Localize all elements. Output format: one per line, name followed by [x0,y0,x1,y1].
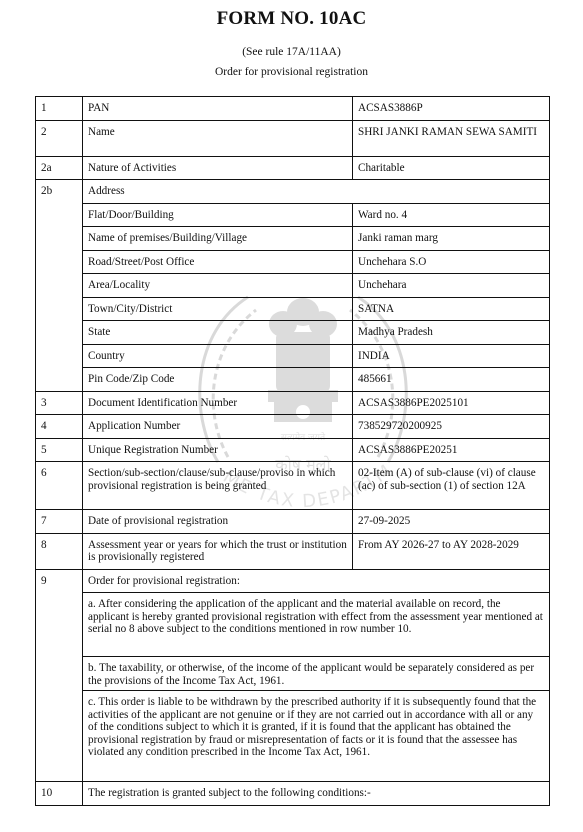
address-row: Country INDIA [36,344,550,368]
urn-value: ACSAS3886PE20251 [353,438,550,462]
table-row-din: 3 Document Identification Number ACSAS38… [36,391,550,415]
table-row-urn: 5 Unique Registration Number ACSAS3886PE… [36,438,550,462]
row-number: 5 [36,438,83,462]
table-row-section: 6 Section/sub-section/clause/sub-clause/… [36,462,550,510]
order-paragraph-row: a. After considering the application of … [36,593,550,657]
registration-details-table: 1 PAN ACSAS3886P 2 Name SHRI JANKI RAMAN… [35,96,550,806]
order-paragraph-b: b. The taxability, or otherwise, of the … [83,657,550,691]
address-row: Area/Locality Unchehara [36,274,550,298]
assessment-years-value: From AY 2026-27 to AY 2028-2029 [353,533,550,569]
row-number: 2b [36,180,83,392]
order-heading: Order for provisional registration [0,66,583,78]
address-value: Madhya Pradesh [353,321,550,345]
application-number-value: 738529720200925 [353,415,550,439]
field-label: Application Number [83,415,353,439]
address-value: SATNA [353,297,550,321]
address-value: 485661 [353,368,550,392]
table-row-address: 2b Address [36,180,550,204]
table-row-order: 9 Order for provisional registration: [36,569,550,593]
address-label: Area/Locality [83,274,353,298]
form-title: FORM NO. 10AC [0,8,583,30]
address-value: Ward no. 4 [353,203,550,227]
address-row: Name of premises/Building/Village Janki … [36,227,550,251]
address-row: State Madhya Pradesh [36,321,550,345]
field-label: Order for provisional registration: [83,569,550,593]
field-label: Assessment year or years for which the t… [83,533,353,569]
section-value: 02-Item (A) of sub-clause (vi) of clause… [353,462,550,510]
order-paragraph-c: c. This order is liable to be withdrawn … [83,691,550,782]
din-value: ACSAS3886PE2025101 [353,391,550,415]
order-paragraph-row: b. The taxability, or otherwise, of the … [36,657,550,691]
order-paragraph-row: c. This order is liable to be withdrawn … [36,691,550,782]
row-number: 2 [36,120,83,156]
table-row-name: 2 Name SHRI JANKI RAMAN SEWA SAMITI [36,120,550,156]
address-value: INDIA [353,344,550,368]
row-number: 10 [36,782,83,806]
address-value: Unchehara [353,274,550,298]
address-label: Town/City/District [83,297,353,321]
registration-date-value: 27-09-2025 [353,510,550,534]
field-label: Name [83,120,353,156]
table-row-nature: 2a Nature of Activities Charitable [36,156,550,180]
pan-value: ACSAS3886P [353,97,550,121]
table-row-date: 7 Date of provisional registration 27-09… [36,510,550,534]
address-row: Flat/Door/Building Ward no. 4 [36,203,550,227]
row-number: 4 [36,415,83,439]
field-label: Nature of Activities [83,156,353,180]
address-label: Pin Code/Zip Code [83,368,353,392]
row-number: 7 [36,510,83,534]
address-label: Name of premises/Building/Village [83,227,353,251]
row-number: 6 [36,462,83,510]
nature-value: Charitable [353,156,550,180]
table-row-pan: 1 PAN ACSAS3886P [36,97,550,121]
field-label: The registration is granted subject to t… [83,782,550,806]
row-number: 2a [36,156,83,180]
address-row: Town/City/District SATNA [36,297,550,321]
address-label: Country [83,344,353,368]
field-label: Section/sub-section/clause/sub-clause/pr… [83,462,353,510]
row-number: 3 [36,391,83,415]
table-row-assessment-years: 8 Assessment year or years for which the… [36,533,550,569]
address-row: Road/Street/Post Office Unchehara S.O [36,250,550,274]
table-row-conditions: 10 The registration is granted subject t… [36,782,550,806]
field-label: Unique Registration Number [83,438,353,462]
field-label: Document Identification Number [83,391,353,415]
address-label: Flat/Door/Building [83,203,353,227]
address-row: Pin Code/Zip Code 485661 [36,368,550,392]
row-number: 8 [36,533,83,569]
order-paragraph-a: a. After considering the application of … [83,593,550,657]
address-label: State [83,321,353,345]
rule-reference: (See rule 17A/11AA) [0,46,583,58]
address-value: Janki raman marg [353,227,550,251]
row-number: 9 [36,569,83,782]
field-label: Date of provisional registration [83,510,353,534]
address-label: Road/Street/Post Office [83,250,353,274]
address-value: Unchehara S.O [353,250,550,274]
field-label: PAN [83,97,353,121]
table-row-application: 4 Application Number 738529720200925 [36,415,550,439]
field-label: Address [83,180,550,204]
row-number: 1 [36,97,83,121]
name-value: SHRI JANKI RAMAN SEWA SAMITI [353,120,550,156]
